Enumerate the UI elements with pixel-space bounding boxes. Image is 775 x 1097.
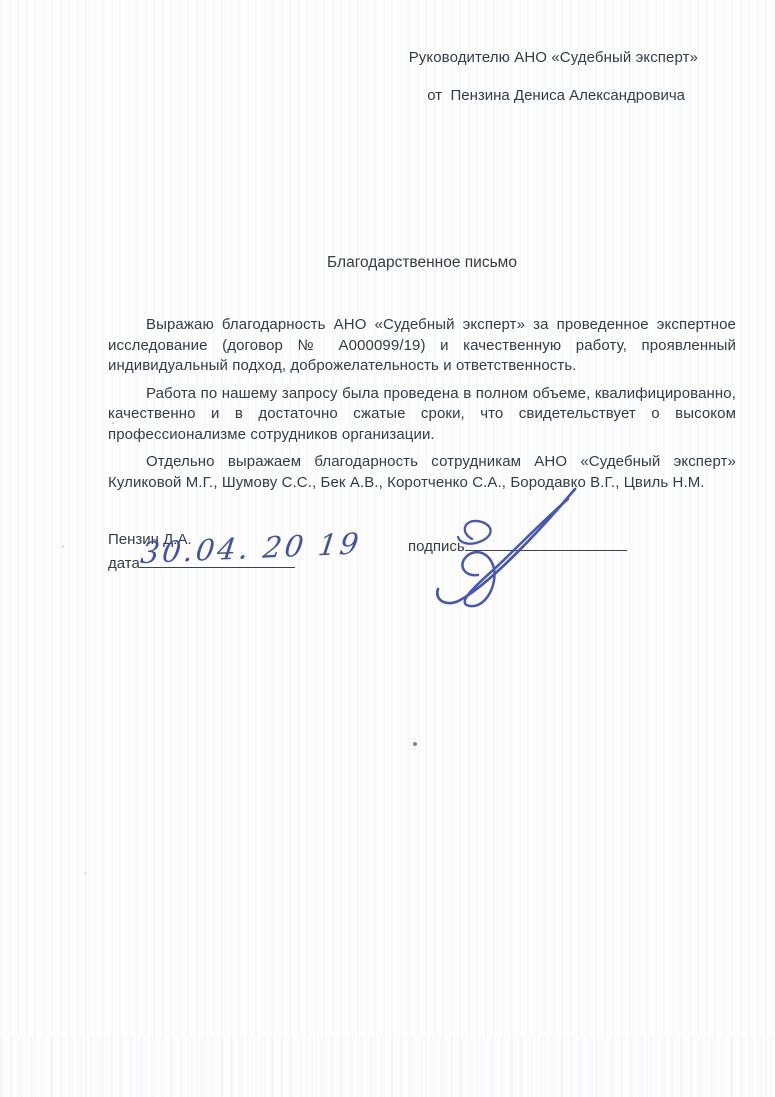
scan-speck (61, 545, 64, 548)
paragraph-work-quality: Работа по нашему запросу была проведена … (108, 384, 736, 446)
paragraph-gratitude: Выражаю благодарность АНО «Судебный эксп… (108, 315, 736, 377)
letter-title: Благодарственное письмо (108, 254, 736, 272)
scan-speck (84, 872, 87, 875)
sender-line: от Пензина Дениса Александровича (427, 87, 685, 104)
recipient-line: Руководителю АНО «Судебный эксперт» (409, 49, 698, 66)
scanned-letter-page: Руководителю АНО «Судебный эксперт» от П… (0, 0, 775, 1097)
letter-body: Выражаю благодарность АНО «Судебный эксп… (108, 315, 736, 500)
date-label: дата (108, 555, 140, 572)
scan-speck (413, 742, 417, 746)
handwritten-signature-ink (420, 477, 595, 610)
